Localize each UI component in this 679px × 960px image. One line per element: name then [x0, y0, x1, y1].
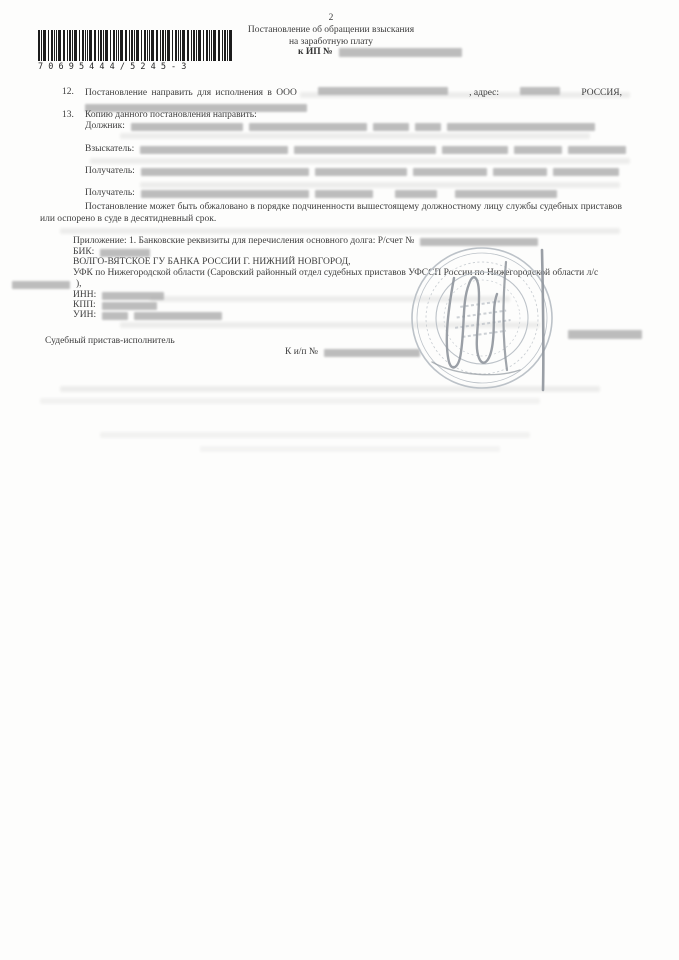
redacted-claimant-address: [568, 146, 626, 154]
debtor-label: Должник:: [85, 121, 125, 132]
redacted-uin-value: [134, 312, 222, 320]
redacted-bik-value: [100, 249, 150, 257]
redacted-recipient-info: [455, 190, 557, 198]
barcode-digits: 7 0 6 9 5 4 4 4 / 5 2 4 5 - 3: [38, 62, 240, 72]
redacted-debtor-name: [131, 123, 243, 131]
debtor-line: Должник:: [85, 121, 595, 132]
item13-number: 13.: [62, 110, 74, 121]
redacted-recipient-name: [141, 190, 309, 198]
redacted-debtor-info: [373, 123, 409, 131]
ufk-close-bracket: ),: [76, 279, 82, 290]
scanned-document-page: 7 0 6 9 5 4 4 4 / 5 2 4 5 - 3 2 Постанов…: [0, 0, 679, 960]
uin-label: УИН:: [73, 310, 96, 321]
item12-text: Постановление направить для исполнения в…: [85, 88, 297, 99]
redacted-debtor-info: [415, 123, 441, 131]
redacted-debtor-address: [447, 123, 595, 131]
redacted-inn-value: [102, 292, 164, 300]
redacted-claimant-info: [442, 146, 508, 154]
redacted-recipient-address: [553, 168, 619, 176]
redacted-address-part: [520, 87, 560, 95]
claimant-line: Взыскатель:: [85, 144, 626, 155]
official-round-stamp: [402, 244, 567, 396]
redacted-recipient-info: [493, 168, 547, 176]
redacted-uin-value: [102, 312, 128, 320]
bleed-through-line: [100, 432, 530, 438]
recipient2-label: Получатель:: [85, 188, 135, 199]
item13-text: Копию данного постановления направить:: [85, 110, 257, 121]
attachment-text: Приложение: 1. Банковские реквизиты для …: [73, 236, 414, 247]
redacted-recipient-info: [395, 190, 437, 198]
item12-number: 12.: [62, 87, 74, 98]
redacted-claimant-name: [140, 146, 288, 154]
case-ref-label: К и/п №: [285, 347, 318, 358]
case-ref-line: К и/п №: [285, 347, 420, 358]
redacted-case-number: [339, 48, 462, 57]
item12-country: РОССИЯ,: [581, 88, 622, 99]
redacted-claimant-info: [514, 146, 562, 154]
redacted-signatory-name: [568, 330, 642, 339]
claimant-label: Взыскатель:: [85, 144, 134, 155]
redacted-recipient-info: [413, 168, 487, 176]
redacted-recipient-info: [315, 190, 373, 198]
redacted-recipient-name: [141, 168, 309, 176]
redacted-ls-number: [12, 281, 70, 289]
item12-line1: Постановление направить для исполнения в…: [85, 87, 622, 99]
case-number-label: к ИП №: [298, 47, 333, 58]
bleed-through-line: [40, 398, 540, 404]
bleed-through-line: [200, 446, 500, 452]
redacted-recipient-info: [315, 168, 407, 176]
uin-line: УИН:: [73, 310, 222, 321]
recipient1-label: Получатель:: [85, 166, 135, 177]
case-number-line: к ИП №: [298, 47, 462, 58]
bleed-through-line: [120, 133, 590, 139]
document-title-line1: Постановление об обращении взыскания: [131, 25, 531, 36]
appeal-paragraph: Постановление может быть обжаловано в по…: [40, 202, 622, 225]
item12-address-label: , адрес:: [469, 88, 499, 99]
redacted-kpp-value: [102, 302, 157, 310]
bank-name-line: ВОЛГО-ВЯТСКОЕ ГУ БАНКА РОССИИ Г. НИЖНИЙ …: [73, 257, 350, 268]
recipient2-line: Получатель:: [85, 188, 557, 199]
bleed-through-line: [60, 228, 620, 234]
page-number: 2: [131, 13, 531, 24]
bleed-through-line: [90, 158, 630, 164]
redacted-debtor-info: [249, 123, 367, 131]
recipient1-line: Получатель:: [85, 166, 619, 177]
ufk-continuation-line: ),: [12, 279, 82, 290]
redacted-claimant-info: [294, 146, 436, 154]
official-title: Судебный пристав-исполнитель: [45, 336, 175, 347]
redacted-company-name: [318, 87, 448, 95]
